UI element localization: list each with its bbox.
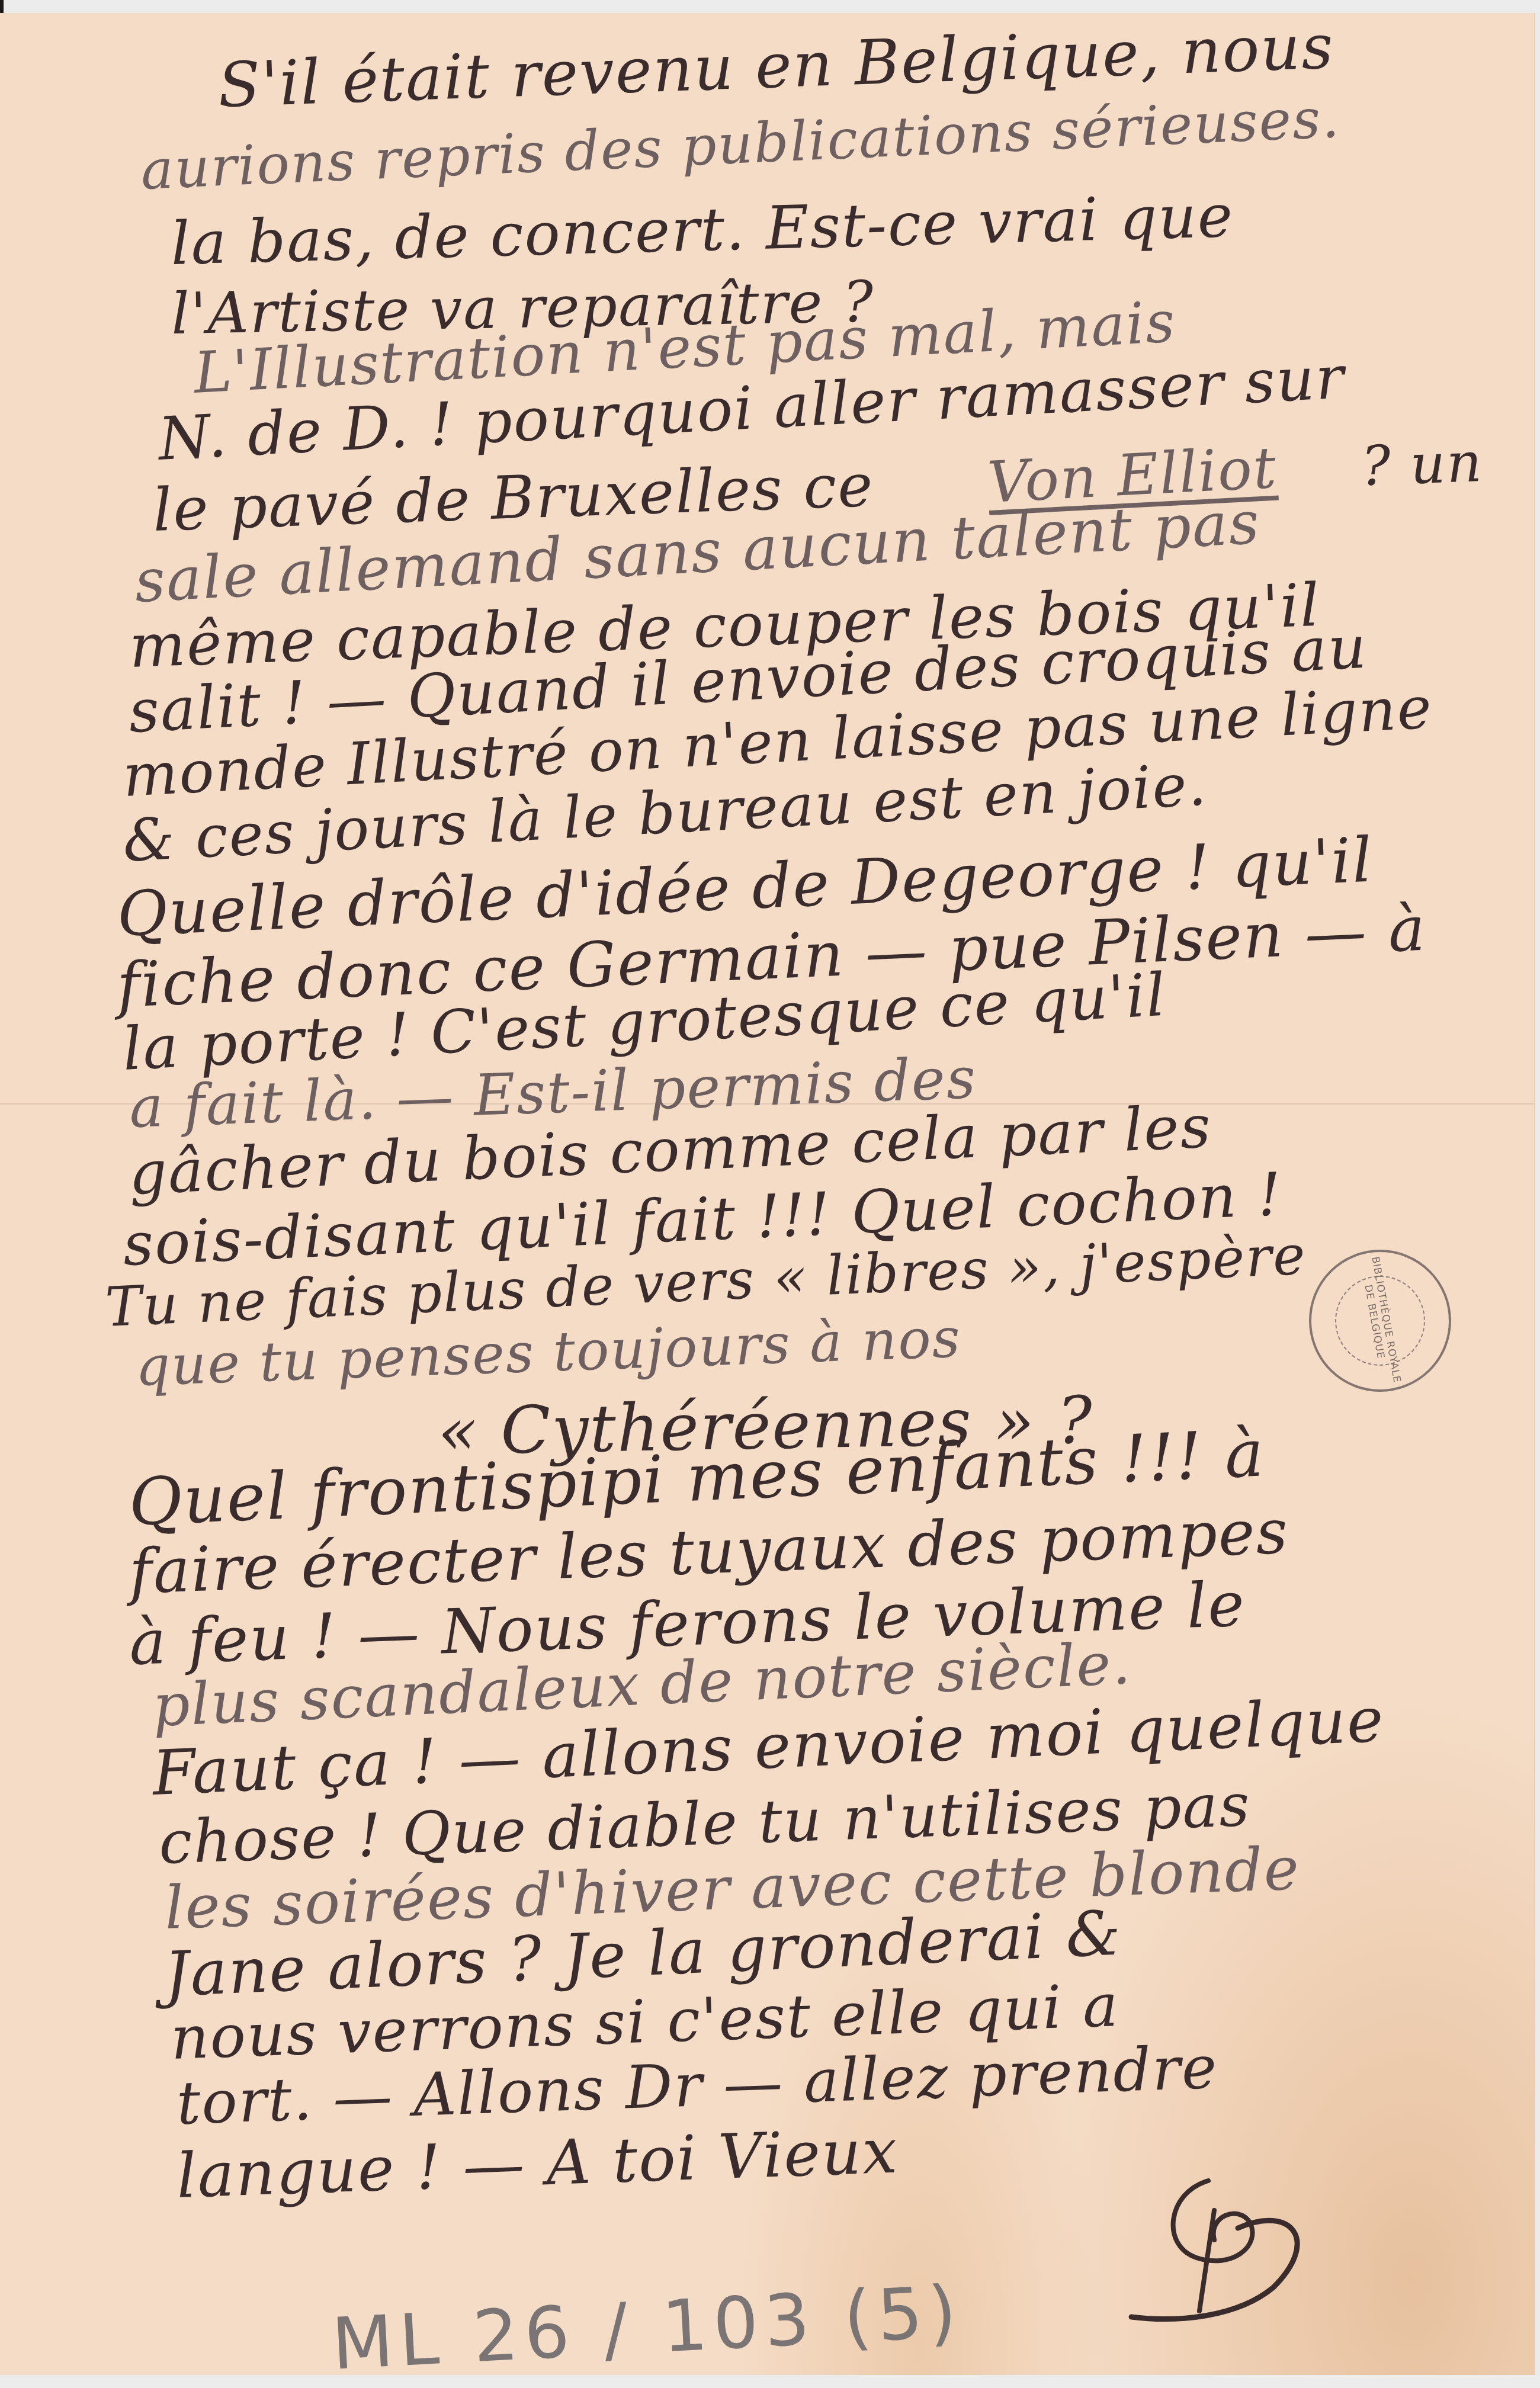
library-stamp: BIBLIOTHÈQUE ROYALE DE BELGIQUE	[1309, 1250, 1451, 1392]
letter-line-3: la bas, de concert. Est-ce vrai que	[170, 187, 1234, 274]
letter-line-7-tail: ? un	[1361, 435, 1484, 494]
scan-left-edge	[0, 0, 4, 14]
rops-monogram-icon	[1096, 2157, 1368, 2335]
letter-page: S'il était revenu en Belgique, nous auri…	[0, 13, 1535, 2375]
archive-shelfmark: ML 26 / 103 (5)	[330, 2271, 964, 2386]
scan-bottom-border	[0, 2375, 1540, 2388]
